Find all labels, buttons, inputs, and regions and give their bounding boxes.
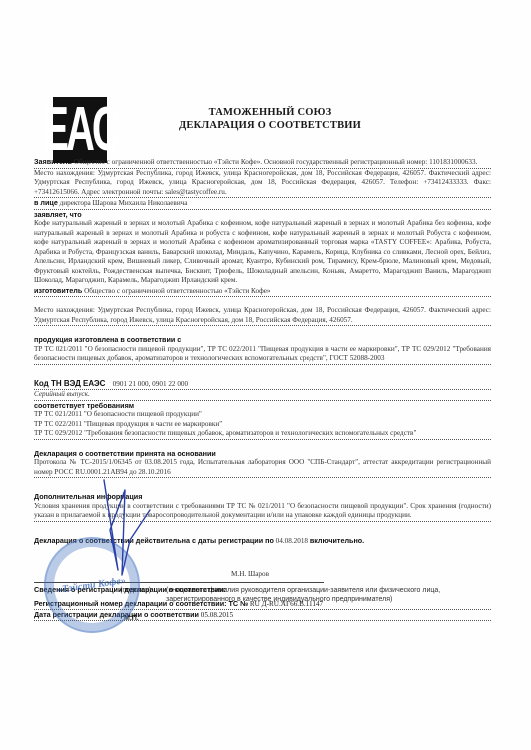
manufacturer-text: Общество с ограниченной ответственностью… [84,287,270,295]
registration-number-row: Регистрационный номер декларации о соотв… [34,599,491,610]
document-title: ТАМОЖЕННЫЙ СОЮЗ ДЕКЛАРАЦИЯ О СООТВЕТСТВИ… [150,106,390,132]
basis-text: Протокола № ТС-2015/1/06345 от 03.08.201… [34,458,491,478]
person-text: директора Шарова Михаила Николаевича [60,199,188,207]
release-type: Серийный выпуск. [34,390,491,401]
basis-label: Декларация о соответствии принята на осн… [34,449,491,459]
tn-ved-value: 0901 21 000, 0901 22 000 [113,380,188,388]
title-line-2: ДЕКЛАРАЦИЯ О СООТВЕТСТВИИ [150,119,390,132]
complies-label: соответствует требованиям [34,401,491,411]
produced-per-label: продукция изготовлена в соответствии с [34,335,491,345]
complies-item: ТР ТС 022/2011 "Пищевая продукция в част… [34,420,491,430]
registration-date-row: Дата регистрации декларации о соответств… [34,610,491,621]
registration-heading: Сведения о регистрации декларации о соот… [34,585,491,595]
eac-logo-text: EAC [42,99,117,161]
applicant-person-section: в лице директора Шарова Михаила Николаев… [34,198,491,210]
declares-label: заявляет, что [34,210,491,220]
validity-date: 04.08.2018 [276,537,308,545]
validity-prefix: Декларация о соответствии действительна … [34,536,274,545]
signatory-name: М.Н. Шаров [231,570,269,580]
validity-statement: Декларация о соответствии действительна … [34,536,491,547]
registration-number: RU Д-RU.АГ66.В.11147 [250,600,323,608]
complies-item: ТР ТС 021/2011 "О безопасности пищевой п… [34,410,491,420]
signature-line [34,582,324,583]
registration-date-label: Дата регистрации декларации о соответств… [34,610,199,619]
complies-item: ТР ТС 029/2012 "Требования безопасности … [34,429,491,440]
additional-label: Дополнительная информация [34,492,491,502]
declares-text: Кофе натуральный жареный в зернах и моло… [34,219,491,286]
registration-block: Сведения о регистрации декларации о соот… [34,585,491,621]
manufacturer-address: Место нахождения: Удмуртская Республика,… [34,306,491,326]
applicant-label: Заявитель [34,157,72,166]
signature-area: М.Н. Шаров (подпись) (инициалы и фамилия… [34,546,491,584]
applicant-address: Место нахождения: Удмуртская Республика,… [34,169,491,199]
manufacturer-label: изготовитель [34,286,82,295]
eac-logo: EAC [53,97,107,163]
manufacturer-section: изготовитель Общество с ограниченной отв… [34,286,491,298]
title-line-1: ТАМОЖЕННЫЙ СОЮЗ [150,106,390,119]
produced-per-text: ТР ТС 021/2011 "О безопасности пищевой п… [34,345,491,365]
person-label: в лице [34,198,58,207]
additional-text: Условия хранения продукции в соответстви… [34,502,491,522]
applicant-text: Общество с ограниченной ответственностью… [74,158,478,166]
tn-ved-label: Код ТН ВЭД ЕАЭС [34,379,105,388]
registration-date: 05.08.2015 [201,611,233,619]
declaration-body: Заявитель Общество с ограниченной ответс… [34,157,491,584]
tn-ved-section: Код ТН ВЭД ЕАЭС 0901 21 000, 0901 22 000 [34,379,491,391]
applicant-section: Заявитель Общество с ограниченной ответс… [34,157,491,169]
declaration-page: EAC ТАМОЖЕННЫЙ СОЮЗ ДЕКЛАРАЦИЯ О СООТВЕТ… [0,0,531,750]
registration-number-label: Регистрационный номер декларации о соотв… [34,599,248,608]
validity-suffix: включительно. [310,536,364,545]
